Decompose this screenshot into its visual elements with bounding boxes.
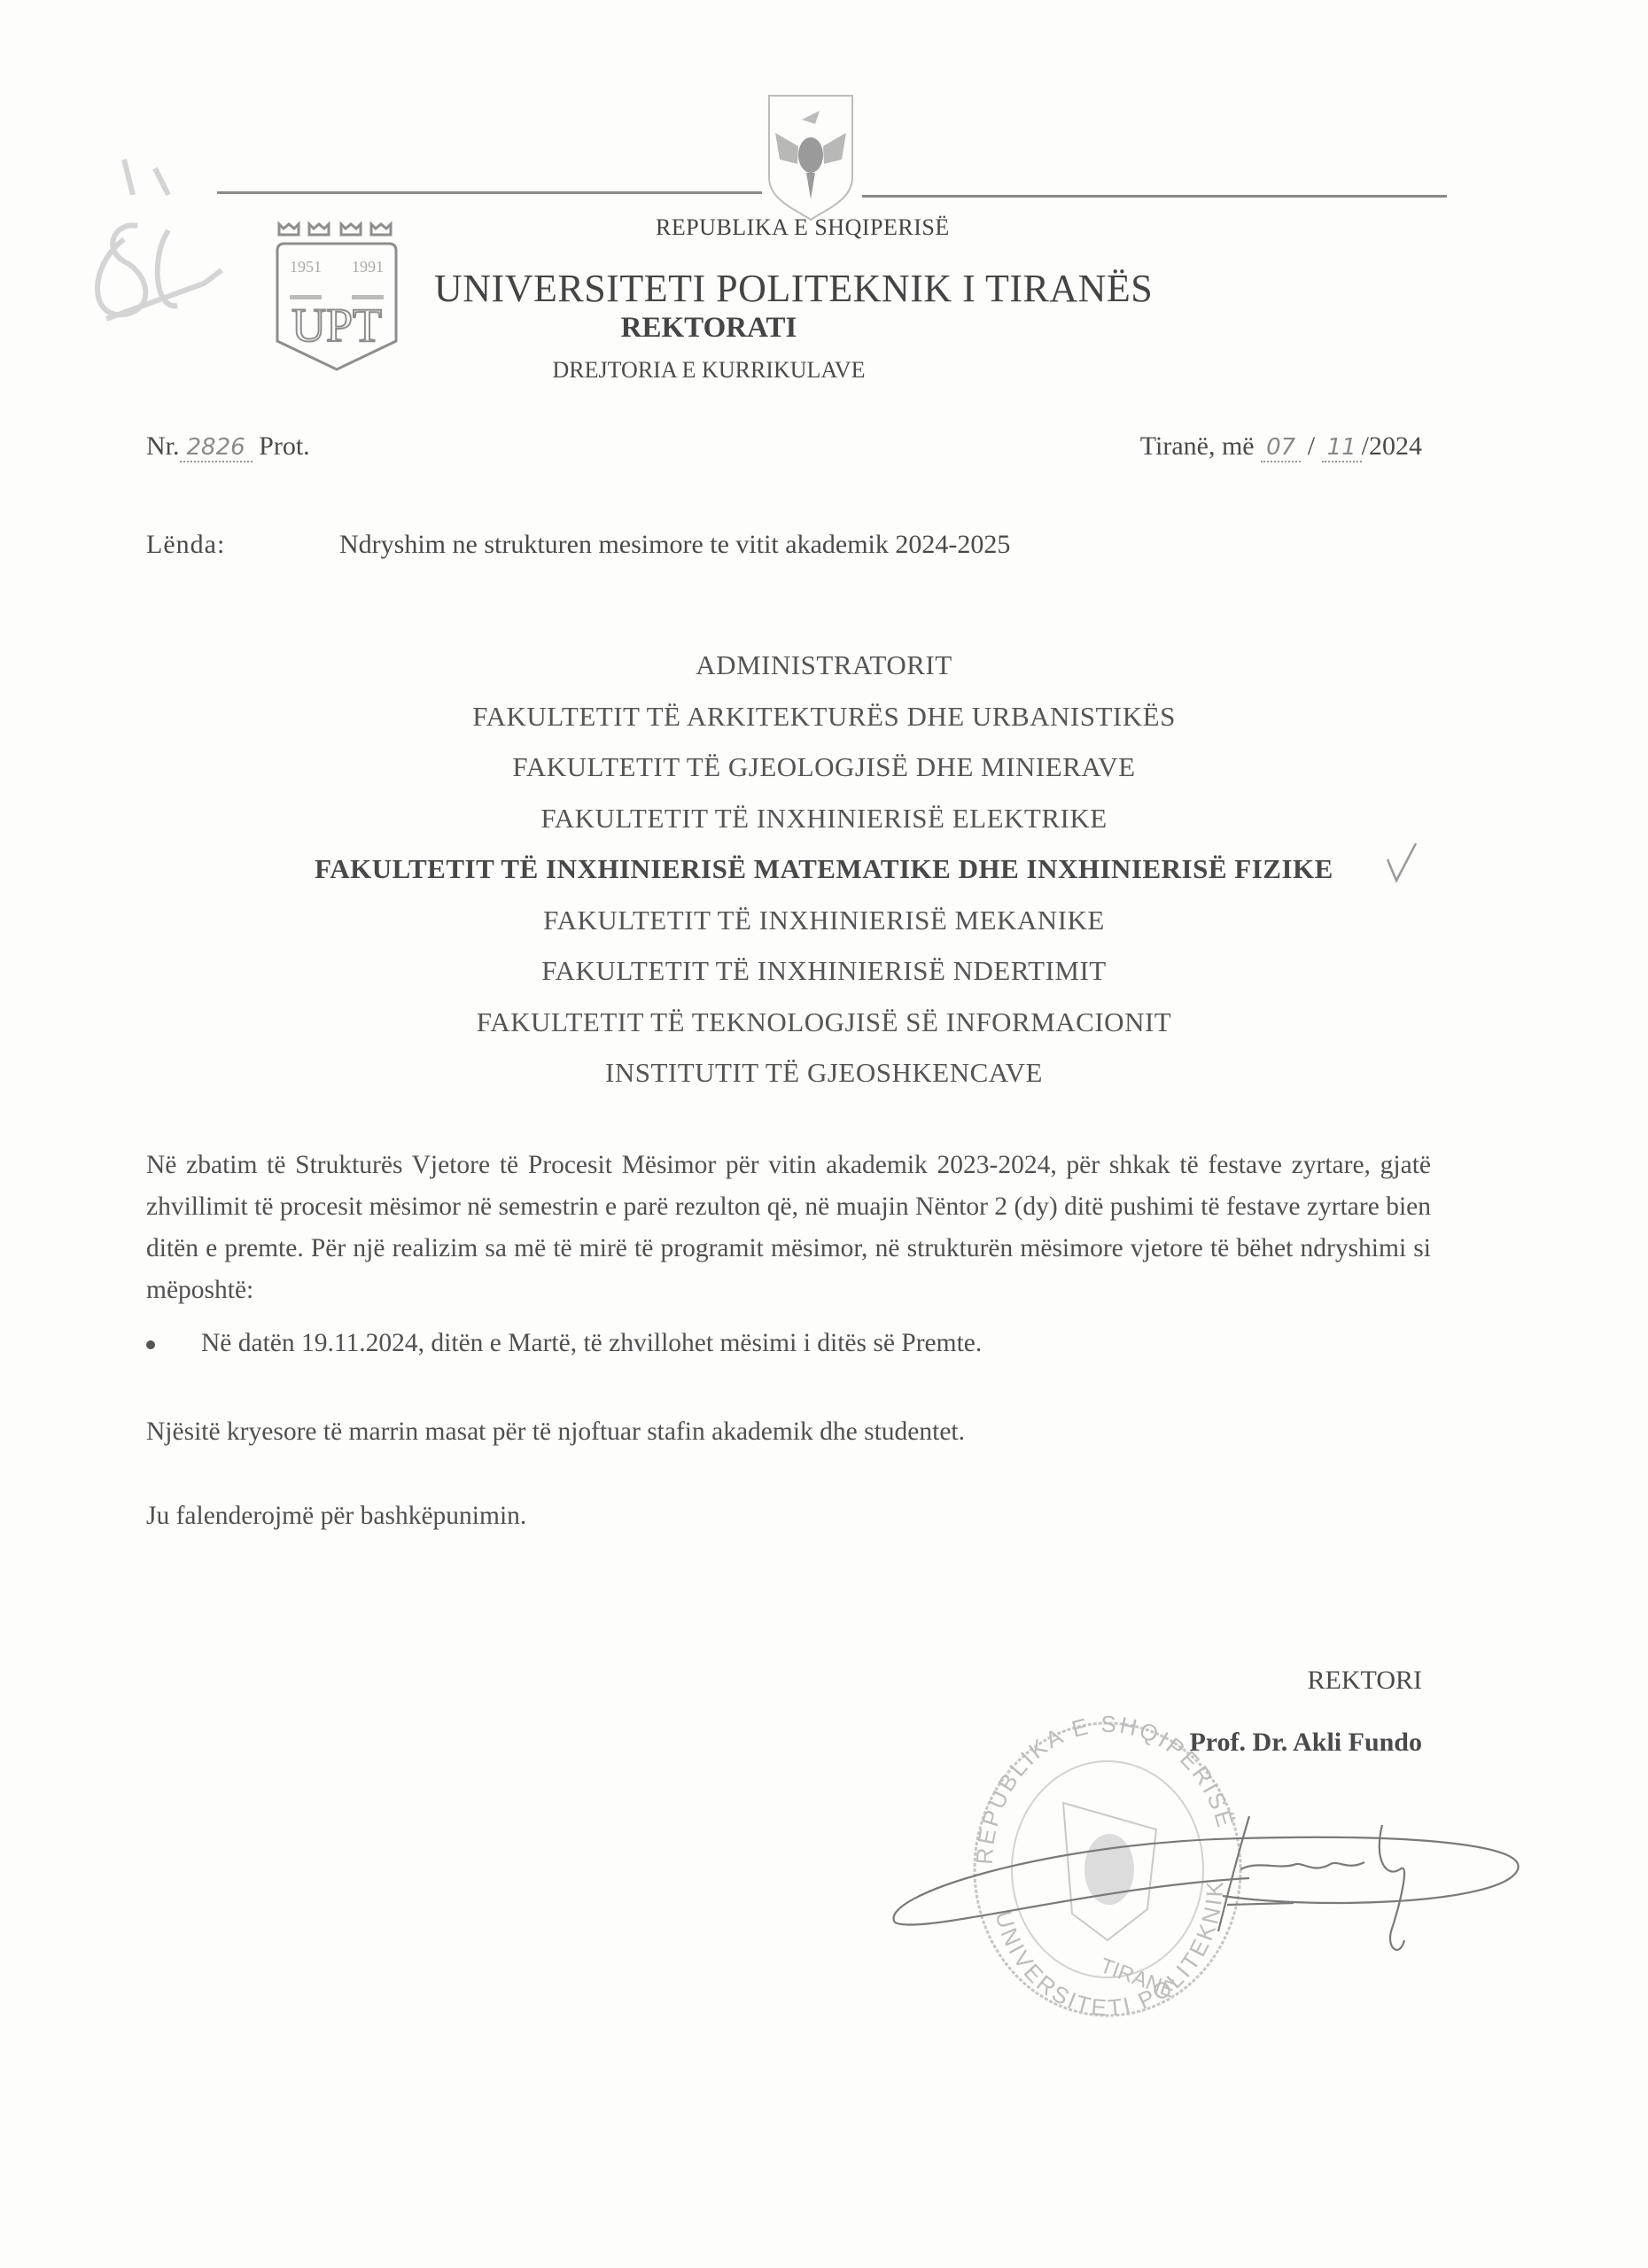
bullet-item: Në datën 19.11.2024, ditën e Martë, të z… [146,1329,982,1358]
albanian-coat-of-arms-icon [762,89,859,221]
subject-text: Ndryshim ne strukturen mesimore te vitit… [339,530,1010,560]
svg-text:1951: 1951 [290,258,322,276]
recipient-line: FAKULTETIT TË GJEOLOGJISË DHE MINIERAVE [0,742,1648,793]
body-paragraph: Në zbatim të Strukturës Vjetore të Proce… [146,1145,1431,1311]
handwritten-check-mark-icon [1384,840,1419,884]
date-day-handwritten: 07 [1261,434,1301,462]
protocol-number: Nr.2826 Prot. [146,431,310,462]
signatory-title: REKTORI [1308,1666,1422,1696]
bullet-text: Në datën 19.11.2024, ditën e Martë, të z… [201,1329,982,1357]
recipient-line: FAKULTETIT TË ARKITEKTURËS DHE URBANISTI… [0,691,1648,742]
header-rule-left [217,191,762,194]
republic-heading: REPUBLIKA E SHQIPERISË [656,214,950,241]
header-rule-right [862,195,1447,198]
recipient-line: ADMINISTRATORIT [0,640,1648,691]
handwritten-signature-icon [868,1790,1542,1976]
directorate-heading: DREJTORIA E KURRIKULAVE [0,357,1418,384]
date-month-handwritten: 11 [1322,434,1362,462]
thanks-paragraph: Ju falenderojmë për bashkëpunimin. [146,1502,526,1531]
bullet-icon [146,1340,155,1349]
instruction-paragraph: Njësitë kryesore të marrin masat për të … [146,1417,965,1447]
date-prefix: Tiranë, më [1140,431,1255,461]
anniversary-watermark-icon [71,106,266,337]
office-heading: REKTORATI [0,312,1418,345]
university-name: UNIVERSITETI POLITEKNIK I TIRANËS [434,266,1153,311]
protocol-suffix: Prot. [259,431,310,461]
recipient-line: FAKULTETIT TË INXHINIERISË NDERTIMIT [0,945,1648,997]
date-year: /2024 [1362,431,1422,461]
recipient-line: FAKULTETIT TË INXHINIERISË MEKANIKE [0,895,1648,946]
recipient-line: FAKULTETIT TË TEKNOLOGJISË SË INFORMACIO… [0,997,1648,1048]
protocol-number-handwritten: 2826 [180,434,253,462]
svg-text:1991: 1991 [352,258,384,276]
document-date: Tiranë, më 07 / 11/2024 [1140,431,1422,462]
protocol-prefix: Nr. [146,431,180,461]
subject-label: Lënda: [146,530,225,560]
upt-logo-icon: 1951 1991 UPT [270,217,403,372]
recipient-line: FAKULTETIT TË INXHINIERISË ELEKTRIKE [0,793,1648,844]
recipient-line: INSTITUTIT TË GJEOSHKENCAVE [0,1047,1648,1099]
